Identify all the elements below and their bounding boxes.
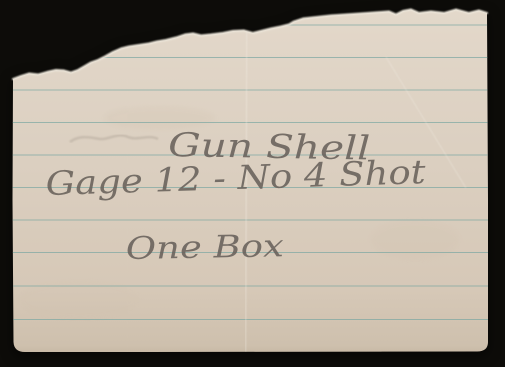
note-photo-canvas: Gun Shell Gage 12 - No 4 Shot One Box (0, 0, 505, 367)
paper-stain (370, 220, 460, 260)
photo-of-handwritten-note: Gun Shell Gage 12 - No 4 Shot One Box (0, 0, 505, 367)
handwriting-line-3: One Box (126, 228, 285, 267)
